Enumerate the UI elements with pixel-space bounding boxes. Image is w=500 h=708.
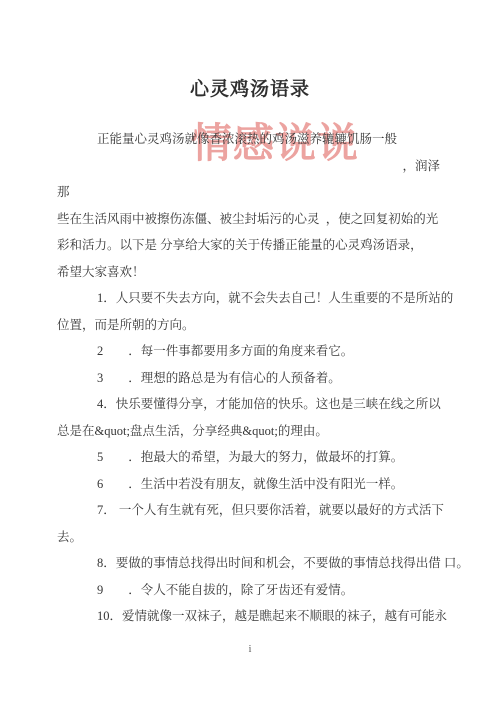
paragraph-line: 位置，而是所朝的方向。 [57, 312, 447, 339]
paragraph-line: 希望大家喜欢！ [57, 259, 447, 286]
paragraph-line: ，润泽 [57, 153, 447, 180]
paragraph-line: 6 ．生活中若没有朋友，就像生活中没有阳光一样。 [57, 471, 447, 498]
paragraph-line: 7． 一个人有生就有死，但只要你活着，就要以最好的方式活下 [57, 497, 447, 524]
paragraph-line: 总是在&quot;盘点生活，分享经典&quot;的理由。 [57, 418, 447, 445]
paragraph-line: 彩和活力。以下是 分享给大家的关于传播正能量的心灵鸡汤语录， [57, 232, 447, 259]
paragraph-line: 些在生活风雨中被擦伤冻僵、被尘封垢污的心灵 ，使之回复初始的光 [57, 206, 447, 233]
paragraph-line: 1．人只要不失去方向，就不会失去自己！人生重要的不是所站的 [57, 285, 447, 312]
document-page: 心灵鸡汤语录 情感说说 正能量心灵鸡汤就像香浓滚热的鸡汤滋养辘辘饥肠一般 ，润泽… [0, 0, 500, 708]
paragraph-line: 那 [57, 179, 447, 206]
paragraph-line: 8．要做的事情总找得出时间和机会，不要做的事情总找得出借 口。 [57, 550, 447, 577]
paragraph-line: 10．爱情就像一双袜子，越是瞧起来不顺眼的袜子，越有可能永 [57, 603, 447, 630]
paragraph-line: 去。 [57, 524, 447, 551]
paragraph-line: 2 ．每一件事都要用多方面的角度来看它。 [57, 338, 447, 365]
document-title: 心灵鸡汤语录 [0, 74, 500, 101]
paragraph-line: 5 ．抱最大的希望，为最大的努力，做最坏的打算。 [57, 444, 447, 471]
paragraph-line: 正能量心灵鸡汤就像香浓滚热的鸡汤滋养辘辘饥肠一般 [57, 126, 447, 153]
document-body: 正能量心灵鸡汤就像香浓滚热的鸡汤滋养辘辘饥肠一般 ，润泽 那 些在生活风雨中被擦… [57, 126, 447, 630]
paragraph-line: 4．快乐要懂得分享，才能加倍的快乐。这也是三峡在线之所以 [57, 391, 447, 418]
paragraph-line: 3 ．理想的路总是为有信心的人预备着。 [57, 365, 447, 392]
page-number: i [0, 644, 500, 655]
paragraph-line: 9 ．令人不能自拔的，除了牙齿还有爱情。 [57, 577, 447, 604]
